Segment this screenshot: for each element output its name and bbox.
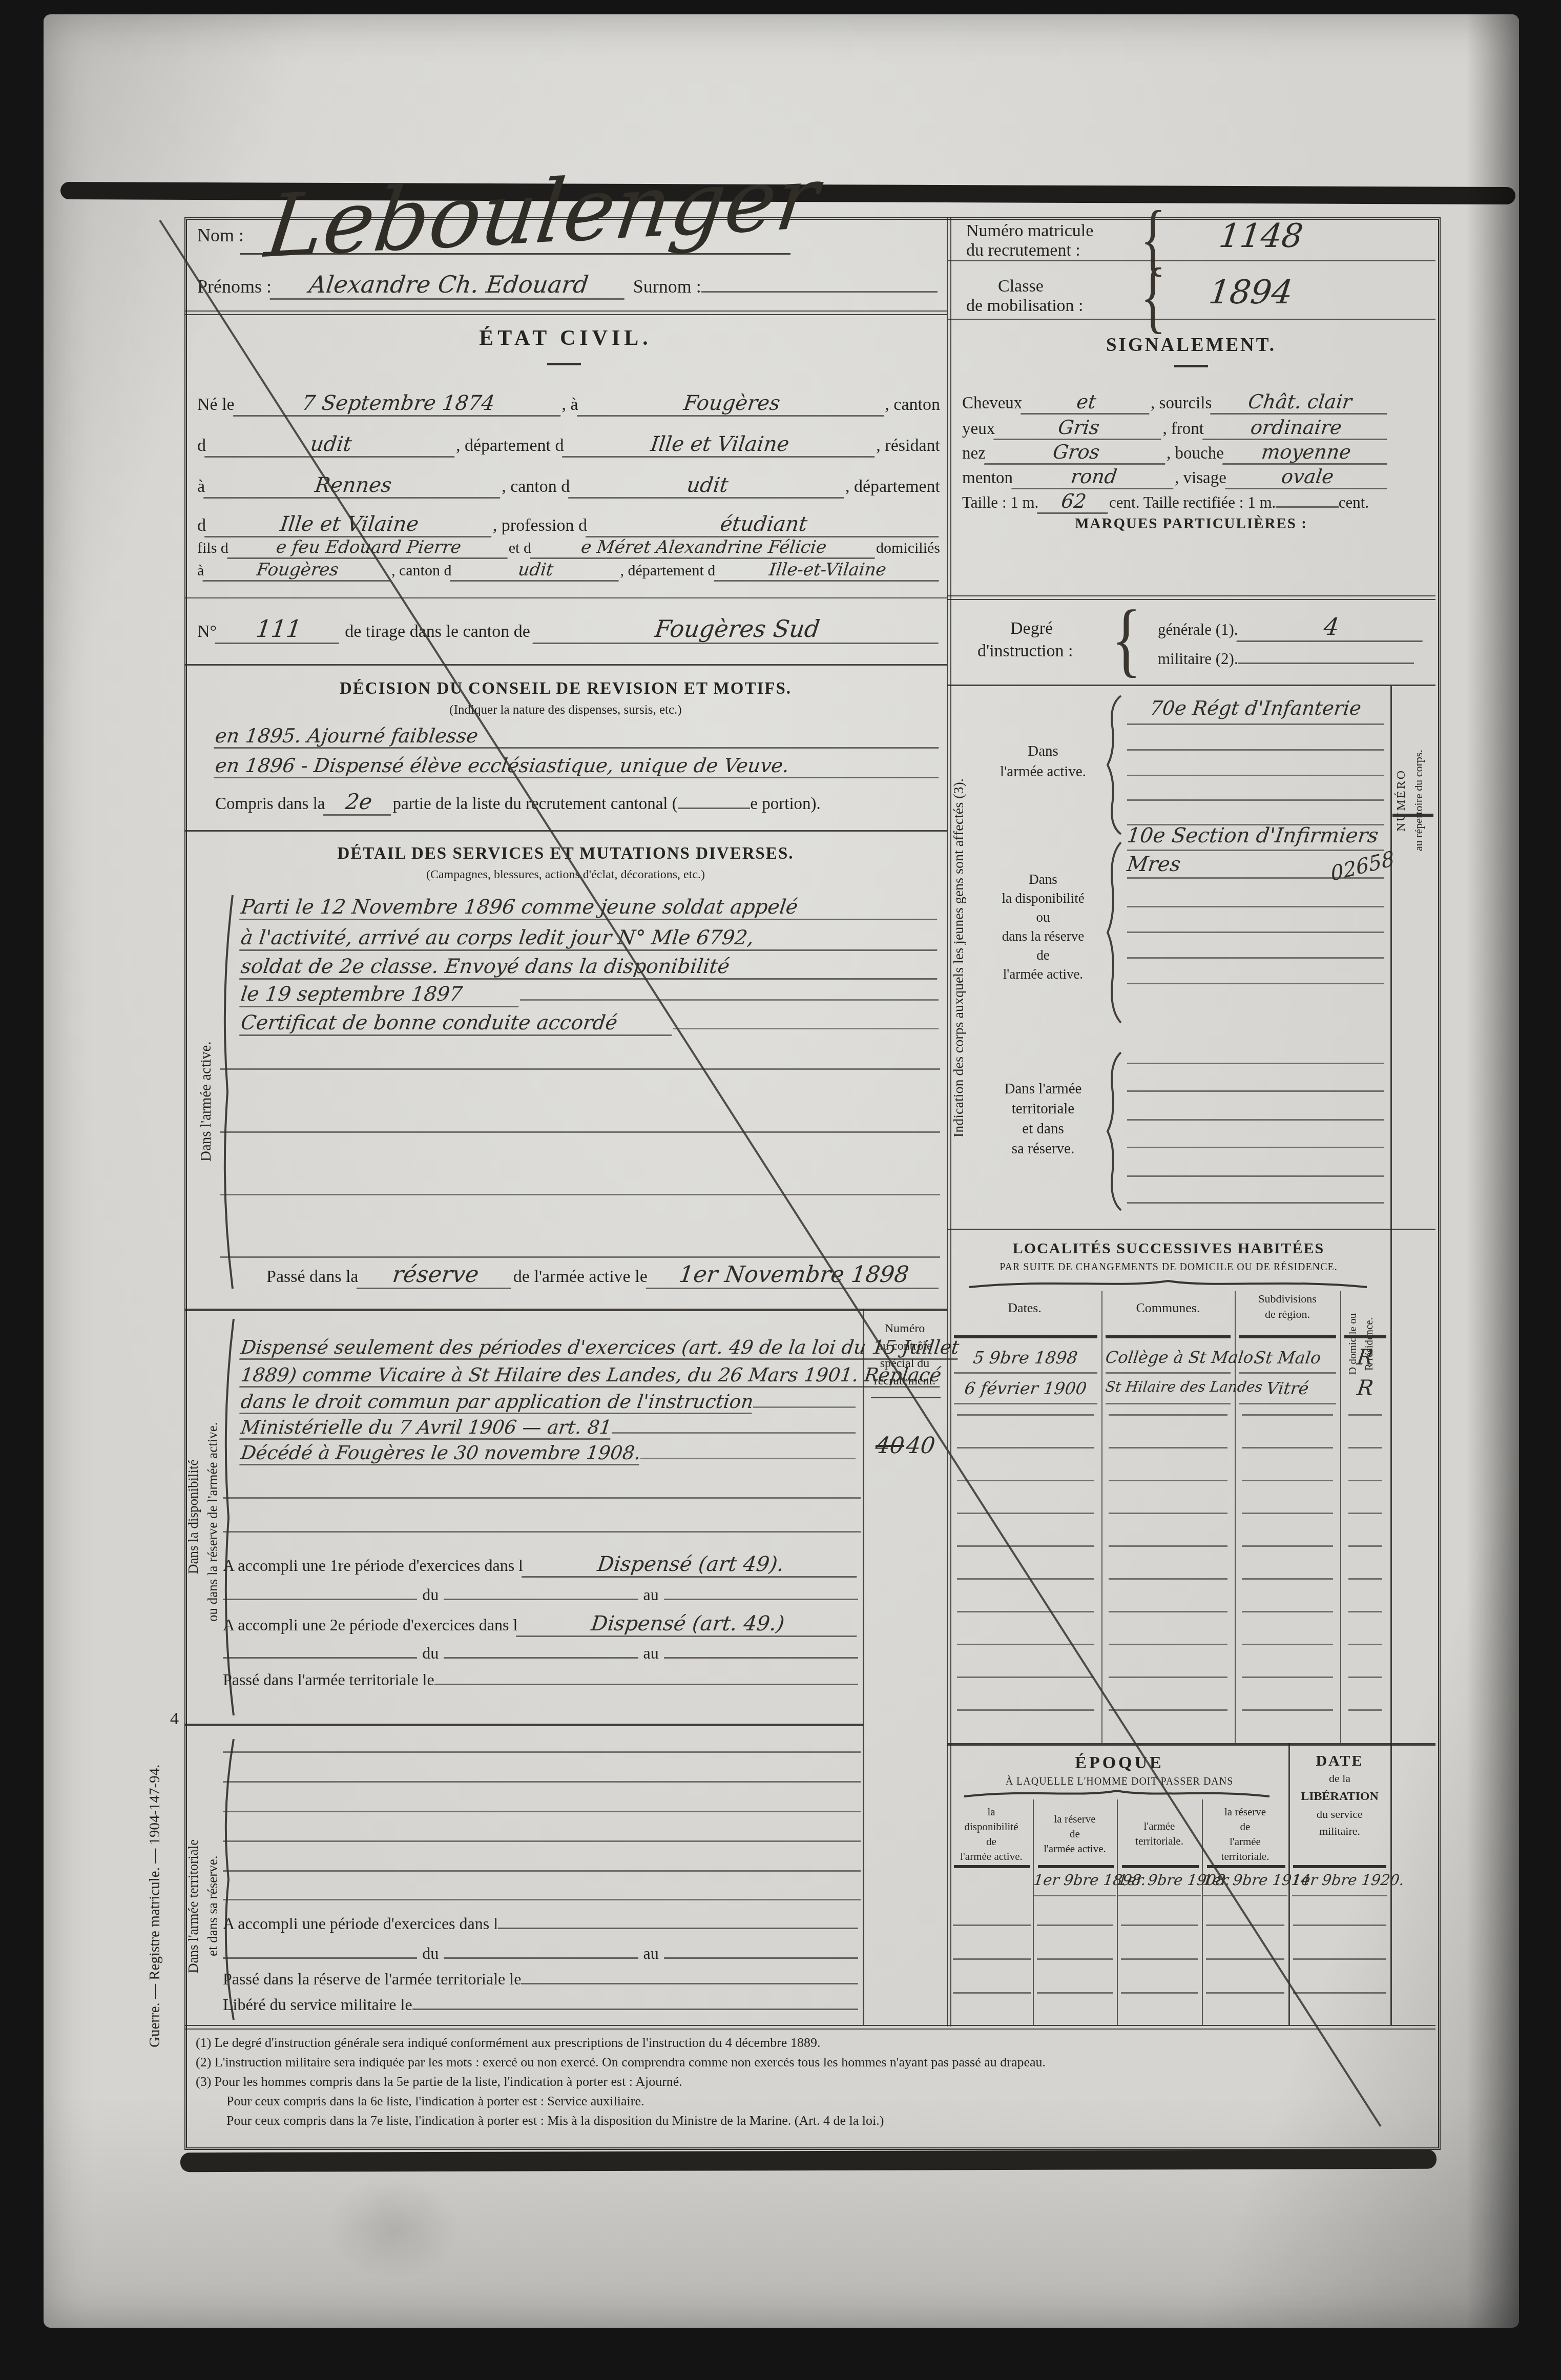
blank-ruled-line [1242, 1611, 1333, 1612]
blank-ruled-line [1037, 1924, 1113, 1926]
blank-ruled-line [1037, 1958, 1113, 1960]
blank-ruled-line [1109, 1611, 1227, 1612]
blank-ruled-line [953, 1958, 1031, 1960]
blank-ruled-line [957, 1480, 1094, 1481]
blank-ruled-line [223, 1899, 861, 1900]
blank-ruled-line [1348, 1709, 1382, 1711]
blank-ruled-line [1127, 1147, 1384, 1148]
blank-ruled-line [1109, 1709, 1227, 1711]
blank-ruled-line [1348, 1447, 1382, 1448]
blank-ruled-line [223, 1840, 861, 1842]
blank-ruled-line [220, 1068, 940, 1070]
blank-ruled-line [1242, 1578, 1333, 1580]
blank-ruled-line [1293, 1958, 1386, 1960]
blank-ruled-line [1127, 932, 1384, 933]
blank-ruled-line [957, 1414, 1094, 1416]
blank-ruled-line [1109, 1414, 1227, 1416]
blank-ruled-line [1127, 749, 1384, 751]
blank-ruled-line [1206, 1958, 1284, 1960]
blank-ruled-line [1348, 1578, 1382, 1580]
blank-ruled-line [220, 1256, 940, 1258]
blank-ruled-line [1206, 1924, 1284, 1926]
blank-ruled-line [223, 1811, 861, 1812]
blank-ruled-line [957, 1578, 1094, 1580]
blank-ruled-line [957, 1677, 1094, 1678]
blank-ruled-line [953, 1924, 1031, 1926]
blank-ruled-line [220, 1194, 940, 1195]
blank-ruled-line [1242, 1513, 1333, 1514]
blank-ruled-line [1109, 1545, 1227, 1547]
blank-ruled-line [957, 1545, 1094, 1547]
blank-ruled-line [1348, 1677, 1382, 1678]
blank-ruled-line [1242, 1677, 1333, 1678]
blank-ruled-line [957, 1513, 1094, 1514]
blank-ruled-line [1121, 1924, 1198, 1926]
blank-ruled-line [223, 1531, 861, 1533]
blank-ruled-line [1121, 1992, 1198, 1994]
blank-ruled-line [1242, 1709, 1333, 1711]
blank-ruled-line [1127, 1119, 1384, 1121]
blank-ruled-line [1348, 1414, 1382, 1416]
blank-ruled-line [953, 1992, 1031, 1994]
blank-ruled-line [1109, 1480, 1227, 1481]
diagonal-pen-stroke [0, 0, 1561, 2380]
blank-ruled-line [957, 1644, 1094, 1645]
blank-ruled-line [957, 1447, 1094, 1448]
blank-ruled-line [1293, 1992, 1386, 1994]
blank-ruled-line [1127, 983, 1384, 984]
blank-ruled-line [957, 1709, 1094, 1711]
blank-ruled-line [223, 1781, 861, 1783]
blank-ruled-line [1127, 1090, 1384, 1092]
blank-ruled-line [1127, 1063, 1384, 1064]
blank-ruled-line [223, 1497, 861, 1499]
blank-ruled-line [1242, 1545, 1333, 1547]
blank-ruled-line [1348, 1644, 1382, 1645]
blank-ruled-line [1242, 1414, 1333, 1416]
blank-ruled-line [1127, 1175, 1384, 1177]
blank-ruled-line [1206, 1992, 1284, 1994]
blank-ruled-line [1242, 1644, 1333, 1645]
blank-ruled-line [223, 1870, 861, 1872]
blank-ruled-line [957, 1611, 1094, 1612]
blank-ruled-line [1121, 1958, 1198, 1960]
blank-ruled-line [1127, 957, 1384, 959]
blank-ruled-line [1293, 1924, 1386, 1926]
blank-ruled-line [220, 1131, 940, 1133]
blank-ruled-line [1127, 1202, 1384, 1204]
blank-ruled-line [1242, 1480, 1333, 1481]
blank-ruled-line [1348, 1513, 1382, 1514]
blank-ruled-line [1348, 1545, 1382, 1547]
blank-ruled-line [1127, 775, 1384, 776]
blank-ruled-line [1127, 906, 1384, 907]
blank-ruled-line [1127, 824, 1384, 825]
blank-ruled-line [1109, 1677, 1227, 1678]
blank-ruled-line [1242, 1447, 1333, 1448]
blank-ruled-line [1109, 1644, 1227, 1645]
blank-ruled-line [1109, 1578, 1227, 1580]
scanned-register-photo: Guerre. — Registre matricule. — 1904-147… [0, 0, 1561, 2380]
blank-ruled-line [1348, 1480, 1382, 1481]
blank-ruled-line [1037, 1992, 1113, 1994]
blank-ruled-line [1109, 1447, 1227, 1448]
blank-ruled-line [1127, 799, 1384, 801]
blank-ruled-line [223, 1751, 861, 1753]
blank-ruled-line [1348, 1611, 1382, 1612]
blank-ruled-line [1109, 1513, 1227, 1514]
